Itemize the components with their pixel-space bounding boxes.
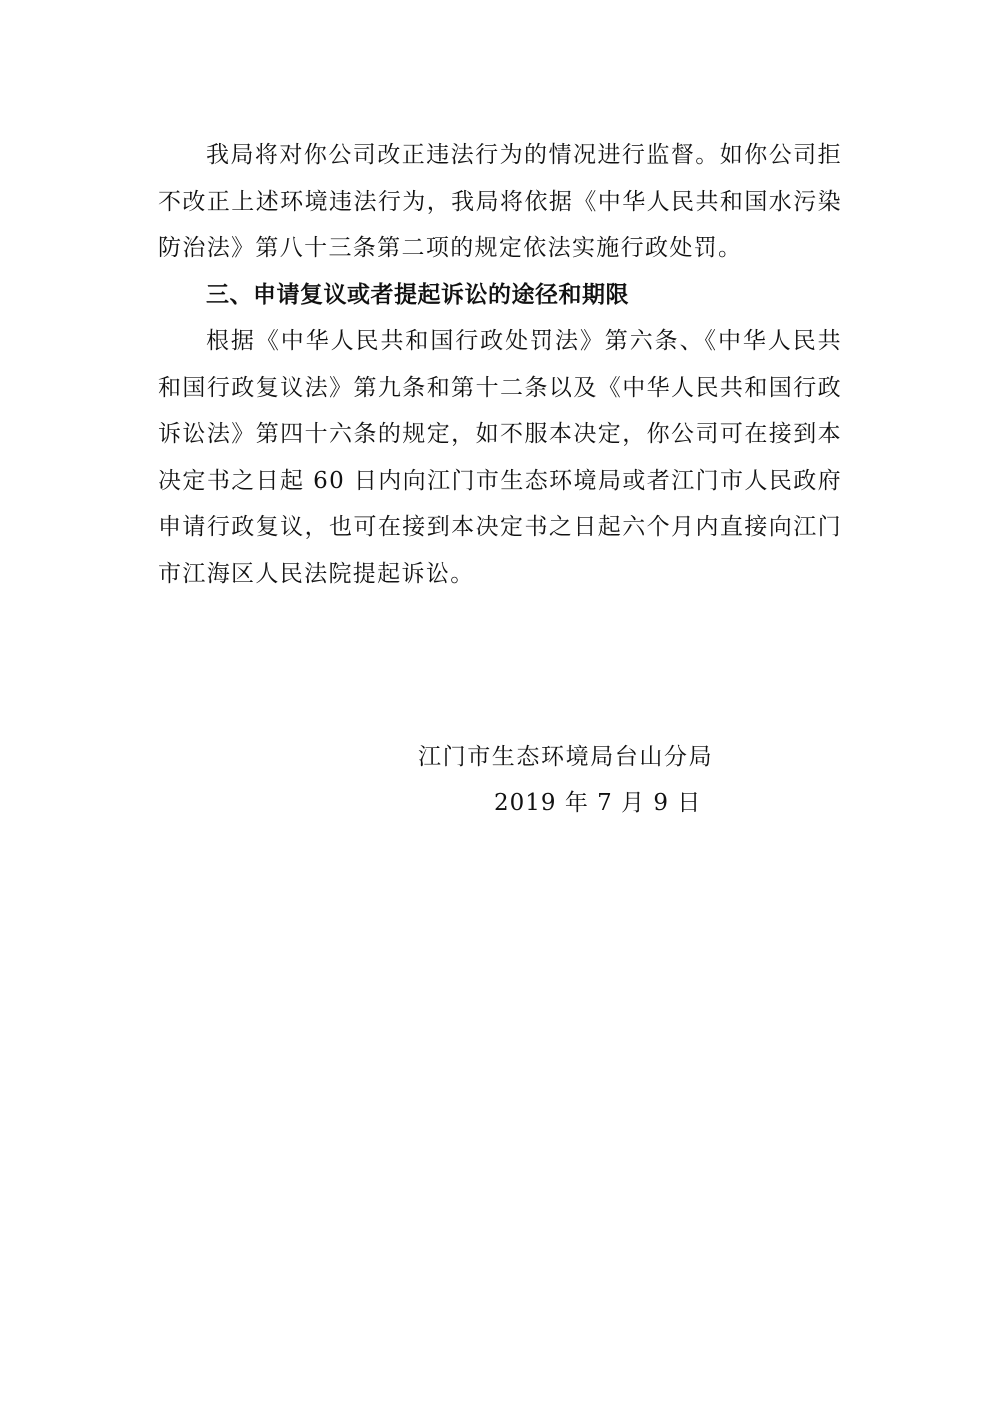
appeal-paragraph: 根据《中华人民共和国行政处罚法》第六条、《中华人民共和国行政复议法》第九条和第十… [158, 318, 842, 597]
issuing-organization: 江门市生态环境局台山分局 [418, 734, 758, 780]
document-body: 我局将对你公司改正违法行为的情况进行监督。如你公司拒不改正上述环境违法行为，我局… [158, 132, 842, 597]
signature-block: 江门市生态环境局台山分局 2019 年 7 月 9 日 [418, 734, 758, 826]
section-heading: 三、申请复议或者提起诉讼的途径和期限 [158, 272, 842, 319]
issue-date: 2019 年 7 月 9 日 [418, 780, 758, 826]
supervision-paragraph: 我局将对你公司改正违法行为的情况进行监督。如你公司拒不改正上述环境违法行为，我局… [158, 132, 842, 272]
